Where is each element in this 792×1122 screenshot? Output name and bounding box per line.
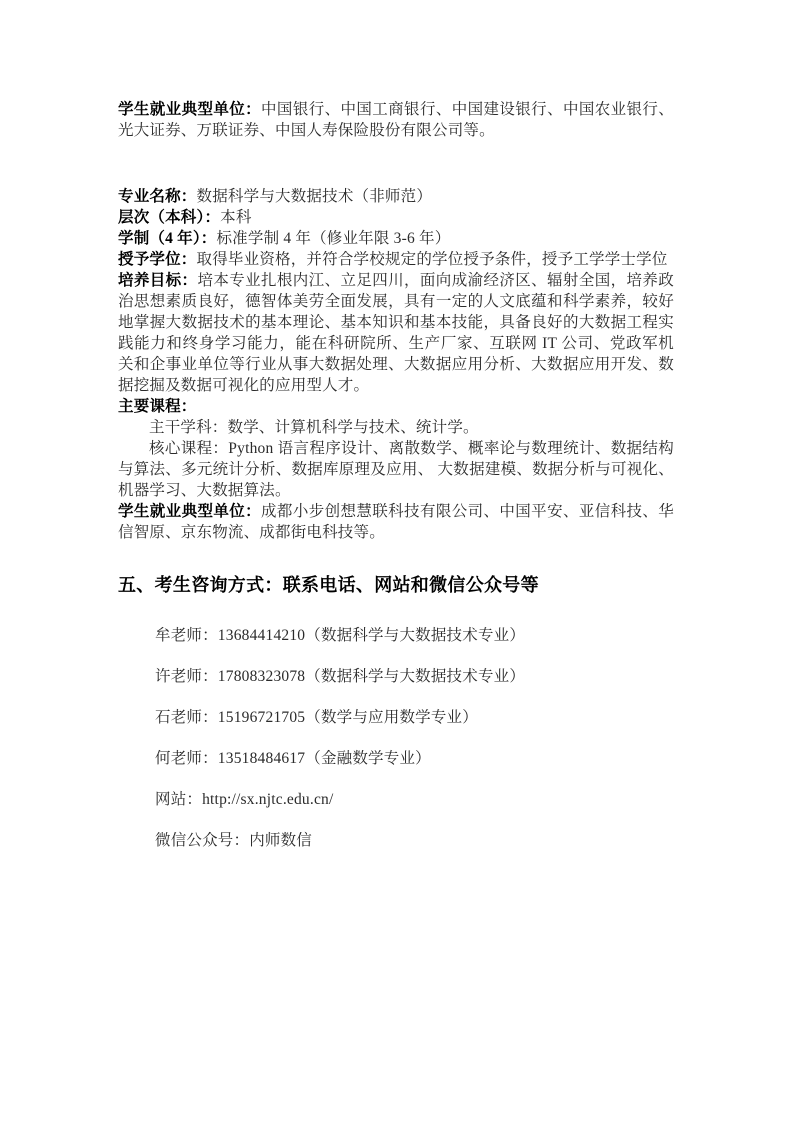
major-employment-paragraph: 学生就业典型单位：成都小步创想慧联科技有限公司、中国平安、亚信科技、华信智原、京… (118, 501, 674, 543)
courses-heading-label: 主要课程： (118, 398, 197, 415)
contact-line-teacher-he: 何老师：13518484617（金融数学专业） (155, 748, 674, 769)
major-employment-label: 学生就业典型单位： (118, 503, 261, 520)
contact-line-teacher-mou: 牟老师：13684414210（数据科学与大数据技术专业） (155, 625, 674, 646)
section-heading-consultation: 五、考生咨询方式：联系电话、网站和微信公众号等 (118, 572, 674, 598)
major-name-label: 专业名称： (118, 188, 197, 205)
contact-line-website: 网站：http://sx.njtc.edu.cn/ (155, 789, 674, 810)
contact-line-teacher-shi: 石老师：15196721705（数学与应用数学专业） (155, 707, 674, 728)
major-degree-label: 授予学位： (118, 251, 197, 268)
core-subjects-value: 数学、计算机科学与技术、统计学。 (228, 419, 479, 436)
document-page: 学生就业典型单位：中国银行、中国工商银行、中国建设银行、中国农业银行、光大证券、… (0, 0, 792, 1122)
major-duration-label: 学制（4 年）： (118, 230, 216, 247)
core-subjects-row: 主干学科：数学、计算机科学与技术、统计学。 (118, 417, 674, 438)
major-level-row: 层次（本科）：本科 (118, 207, 674, 228)
core-courses-paragraph: 核心课程：Python 语言程序设计、离散数学、概率论与数理统计、数据结构与算法… (118, 438, 674, 501)
contact-list: 牟老师：13684414210（数据科学与大数据技术专业） 许老师：178083… (118, 625, 674, 851)
intro-employment-label: 学生就业典型单位： (118, 101, 261, 118)
major-name-value: 数据科学与大数据技术（非师范） (197, 188, 433, 205)
contact-line-wechat: 微信公众号：内师数信 (155, 830, 674, 851)
core-courses-label: 核心课程： (149, 440, 228, 457)
major-degree-value: 取得毕业资格，并符合学校规定的学位授予条件，授予工学学士学位 (197, 251, 668, 268)
major-name-row: 专业名称：数据科学与大数据技术（非师范） (118, 186, 674, 207)
intro-employment-paragraph: 学生就业典型单位：中国银行、中国工商银行、中国建设银行、中国农业银行、光大证券、… (118, 99, 674, 141)
courses-heading-row: 主要课程： (118, 396, 674, 417)
contact-line-teacher-xu: 许老师：17808323078（数据科学与大数据技术专业） (155, 666, 674, 687)
major-degree-row: 授予学位：取得毕业资格，并符合学校规定的学位授予条件，授予工学学士学位 (118, 249, 674, 270)
core-subjects-label: 主干学科： (149, 419, 228, 436)
major-duration-row: 学制（4 年）：标准学制 4 年（修业年限 3-6 年） (118, 228, 674, 249)
major-duration-value: 标准学制 4 年（修业年限 3-6 年） (216, 230, 450, 247)
major-level-value: 本科 (220, 209, 251, 226)
major-level-label: 层次（本科）： (118, 209, 220, 226)
major-objective-paragraph: 培养目标：培本专业扎根内江、立足四川，面向成渝经济区、辐射全国，培养政治思想素质… (118, 270, 674, 396)
major-objective-text: 培本专业扎根内江、立足四川，面向成渝经济区、辐射全国，培养政治思想素质良好，德智… (118, 272, 674, 394)
major-objective-label: 培养目标： (118, 272, 197, 289)
